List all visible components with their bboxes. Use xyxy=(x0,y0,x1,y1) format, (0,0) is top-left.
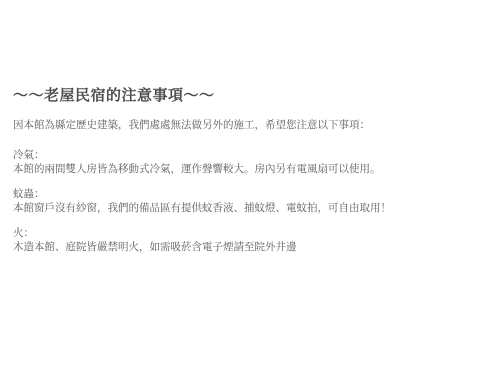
notice-section-fire: 火： 木造本館、庭院皆嚴禁明火，如需吸菸含電子煙請至院外井邊 xyxy=(13,226,470,254)
notice-section-mosquito: 蚊蟲： 本館窗戶沒有紗窗，我們的備品區有提供蚊香液、捕蚊燈、電蚊拍，可自由取用！ xyxy=(13,187,470,215)
section-body-aircon: 本館的兩間雙人房皆為移動式冷氣，運作聲響較大。房內另有電風扇可以使用。 xyxy=(13,162,470,176)
notice-title: ～～老屋民宿的注意事項～～ xyxy=(13,86,470,105)
section-label-fire: 火： xyxy=(13,226,470,240)
section-body-mosquito: 本館窗戶沒有紗窗，我們的備品區有提供蚊香液、捕蚊燈、電蚊拍，可自由取用！ xyxy=(13,201,470,215)
notice-intro: 因本館為縣定歷史建築，我們處處無法做另外的施工，希望您注意以下事項： xyxy=(13,118,470,132)
section-label-mosquito: 蚊蟲： xyxy=(13,187,470,201)
notice-page: ～～老屋民宿的注意事項～～ 因本館為縣定歷史建築，我們處處無法做另外的施工，希望… xyxy=(0,0,500,387)
notice-section-aircon: 冷氣： 本館的兩間雙人房皆為移動式冷氣，運作聲響較大。房內另有電風扇可以使用。 xyxy=(13,148,470,176)
section-label-aircon: 冷氣： xyxy=(13,148,470,162)
section-body-fire: 木造本館、庭院皆嚴禁明火，如需吸菸含電子煙請至院外井邊 xyxy=(13,240,470,254)
